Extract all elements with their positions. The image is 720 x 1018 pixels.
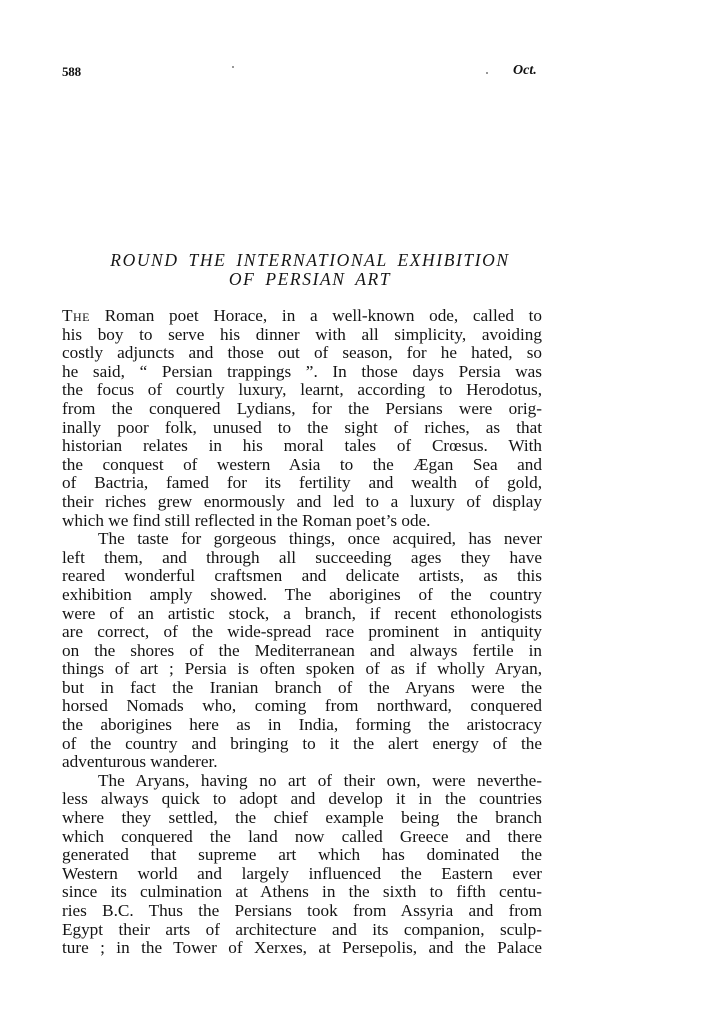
text-line: Western world and largely influenced the…: [62, 865, 542, 884]
text-line: generated that supreme art which has dom…: [62, 846, 542, 865]
page-number: 588: [62, 64, 81, 80]
text-line: the aborigines here as in India, forming…: [62, 716, 542, 735]
text-line: ture ; in the Tower of Xerxes, at Persep…: [62, 939, 542, 958]
title-line-1: ROUND THE INTERNATIONAL EXHIBITION: [62, 251, 558, 270]
text-line: which we find still reflected in the Rom…: [62, 512, 542, 531]
text-line: costly adjuncts and those out of season,…: [62, 344, 542, 363]
text-line: his boy to serve his dinner with all sim…: [62, 326, 542, 345]
text-line: from the conquered Lydians, for the Pers…: [62, 400, 542, 419]
text-line: less always quick to adopt and develop i…: [62, 790, 542, 809]
text-line: reared wonderful craftsmen and delicate …: [62, 567, 542, 586]
drop-word: The: [62, 306, 90, 325]
text-line: The Aryans, having no art of their own, …: [62, 772, 542, 791]
paragraph: The Aryans, having no art of their own, …: [62, 772, 542, 958]
paragraph: The taste for gorgeous things, once acqu…: [62, 530, 542, 772]
text-line: but in fact the Iranian branch of the Ar…: [62, 679, 542, 698]
text-line: are correct, of the wide-spread race pro…: [62, 623, 542, 642]
text-line: were of an artistic stock, a branch, if …: [62, 605, 542, 624]
paragraph: The Roman poet Horace, in a well-known o…: [62, 307, 542, 530]
text-line: of Bactria, famed for its fertility and …: [62, 474, 542, 493]
text-line: The Roman poet Horace, in a well-known o…: [62, 307, 542, 326]
text-line: of the country and bringing to it the al…: [62, 735, 542, 754]
text-line: adventurous wanderer.: [62, 753, 542, 772]
text-line: left them, and through all succeeding ag…: [62, 549, 542, 568]
print-speck: [486, 72, 488, 74]
text-line: on the shores of the Mediterranean and a…: [62, 642, 542, 661]
text-line: inally poor folk, unused to the sight of…: [62, 419, 542, 438]
article-body: The Roman poet Horace, in a well-known o…: [62, 307, 542, 958]
text-line: Egypt their arts of architecture and its…: [62, 921, 542, 940]
text-line: where they settled, the chief example be…: [62, 809, 542, 828]
text-line: he said, “ Persian trappings ”. In those…: [62, 363, 542, 382]
text-line: exhibition amply showed. The aborigines …: [62, 586, 542, 605]
text-line: historian relates in his moral tales of …: [62, 437, 542, 456]
text-line: since its culmination at Athens in the s…: [62, 883, 542, 902]
title-line-2: OF PERSIAN ART: [62, 270, 558, 289]
text-line: things of art ; Persia is often spoken o…: [62, 660, 542, 679]
text-line: ries B.C. Thus the Persians took from As…: [62, 902, 542, 921]
article-title: ROUND THE INTERNATIONAL EXHIBITION OF PE…: [62, 251, 558, 289]
text-line: the focus of courtly luxury, learnt, acc…: [62, 381, 542, 400]
text-line: the conquest of western Asia to the Ægan…: [62, 456, 542, 475]
running-head: Oct.: [513, 63, 537, 79]
text-line: horsed Nomads who, coming from northward…: [62, 697, 542, 716]
text-line: which conquered the land now called Gree…: [62, 828, 542, 847]
text-line: their riches grew enormously and led to …: [62, 493, 542, 512]
text-line: The taste for gorgeous things, once acqu…: [62, 530, 542, 549]
print-speck: [232, 66, 234, 68]
